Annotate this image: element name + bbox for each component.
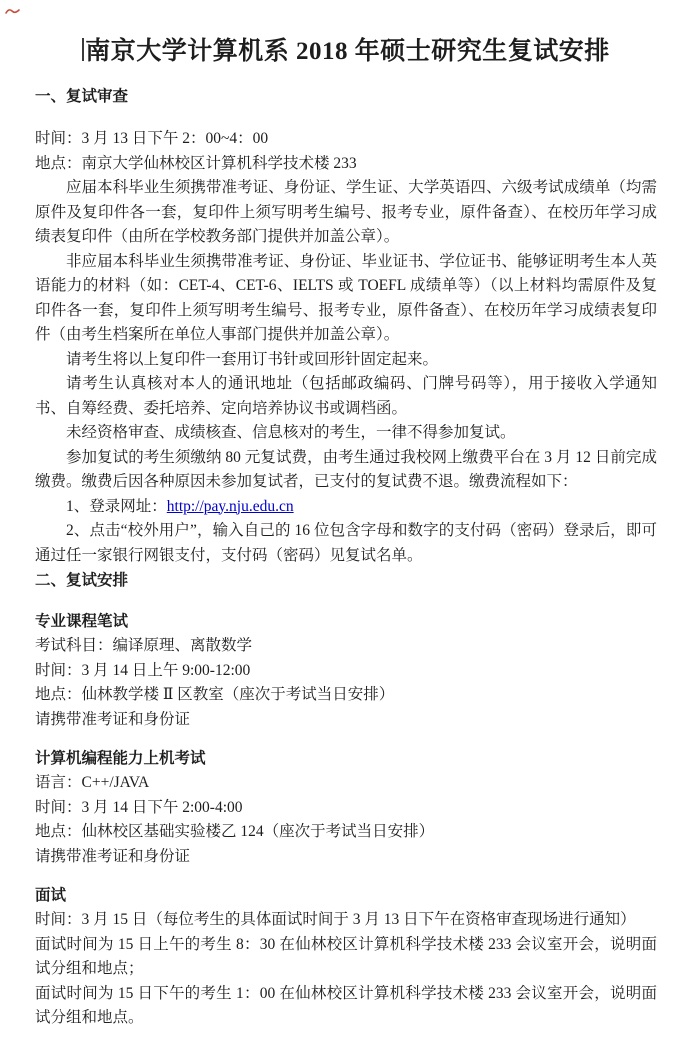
- subsection-heading-interview: 面试: [35, 883, 657, 908]
- subsection-heading-written-exam: 专业课程笔试: [35, 609, 657, 634]
- page-title-text: 南京大学计算机系 2018 年硕士研究生复试安排: [85, 38, 610, 65]
- para-no-review-no-exam: 未经资格审查、成绩核查、信息核对的考生，一律不得参加复试。: [35, 421, 657, 446]
- written-exam-time: 时间：3 月 14 日上午 9:00-12:00: [35, 659, 657, 684]
- section-review-body: 时间：3 月 13 日下午 2：00~4：00 地点：南京大学仙林校区计算机科学…: [35, 127, 657, 568]
- review-time-line: 时间：3 月 13 日下午 2：00~4：00: [35, 127, 657, 152]
- para-address: 请考生认真核对本人的通讯地址（包括邮政编码、门牌号码等），用于接收入学通知书、自…: [35, 372, 657, 421]
- text-cursor-bar: [82, 38, 84, 61]
- section-heading-arrangement: 二、复试安排: [35, 568, 657, 593]
- subsection-heading-programming-exam: 计算机编程能力上机考试: [35, 746, 657, 771]
- section-heading-review: 一、复试审查: [35, 84, 657, 109]
- written-exam-body: 考试科目：编译原理、离散数学 时间：3 月 14 日上午 9:00-12:00 …: [35, 634, 657, 732]
- programming-exam-language: 语言：C++/JAVA: [35, 771, 657, 796]
- payment-url-link[interactable]: http://pay.nju.edu.cn: [167, 498, 294, 515]
- written-exam-place: 地点：仙林教学楼 Ⅱ 区教室（座次于考试当日安排）: [35, 683, 657, 708]
- page-title: 南京大学计算机系 2018 年硕士研究生复试安排: [35, 36, 657, 67]
- para-non-fresh-graduates: 非应届本科毕业生须携带准考证、身份证、毕业证书、学位证书、能够证明考生本人英语能…: [35, 250, 657, 348]
- interview-body: 时间：3 月 15 日（每位考生的具体面试时间于 3 月 13 日下午在资格审查…: [35, 908, 657, 1031]
- programming-exam-bring: 请携带准考证和身份证: [35, 845, 657, 870]
- written-exam-bring: 请携带准考证和身份证: [35, 708, 657, 733]
- payment-step-2: 2、点击“校外用户”，输入自己的 16 位包含字母和数字的支付码（密码）登录后，…: [35, 519, 657, 568]
- step1-prefix: 1、登录网址：: [66, 498, 167, 515]
- interview-time: 时间：3 月 15 日（每位考生的具体面试时间于 3 月 13 日下午在资格审查…: [35, 908, 657, 933]
- payment-step-1: 1、登录网址：http://pay.nju.edu.cn: [35, 495, 657, 520]
- para-fresh-graduates: 应届本科毕业生须携带准考证、身份证、学生证、大学英语四、六级考试成绩单（均需原件…: [35, 176, 657, 250]
- para-staple: 请考生将以上复印件一套用订书针或回形针固定起来。: [35, 348, 657, 373]
- para-fee: 参加复试的考生须缴纳 80 元复试费，由考生通过我校网上缴费平台在 3 月 12…: [35, 446, 657, 495]
- document-page: 南京大学计算机系 2018 年硕士研究生复试安排 一、复试审查 时间：3 月 1…: [0, 0, 692, 1031]
- programming-exam-body: 语言：C++/JAVA 时间：3 月 14 日下午 2:00-4:00 地点：仙…: [35, 771, 657, 869]
- programming-exam-place: 地点：仙林校区基础实验楼乙 124（座次于考试当日安排）: [35, 820, 657, 845]
- review-place-line: 地点：南京大学仙林校区计算机科学技术楼 233: [35, 152, 657, 177]
- interview-afternoon-meeting: 面试时间为 15 日下午的考生 1：00 在仙林校区计算机科学技术楼 233 会…: [35, 982, 657, 1031]
- written-exam-subjects: 考试科目：编译原理、离散数学: [35, 634, 657, 659]
- programming-exam-time: 时间：3 月 14 日下午 2:00-4:00: [35, 796, 657, 821]
- interview-morning-meeting: 面试时间为 15 日上午的考生 8：30 在仙林校区计算机科学技术楼 233 会…: [35, 933, 657, 982]
